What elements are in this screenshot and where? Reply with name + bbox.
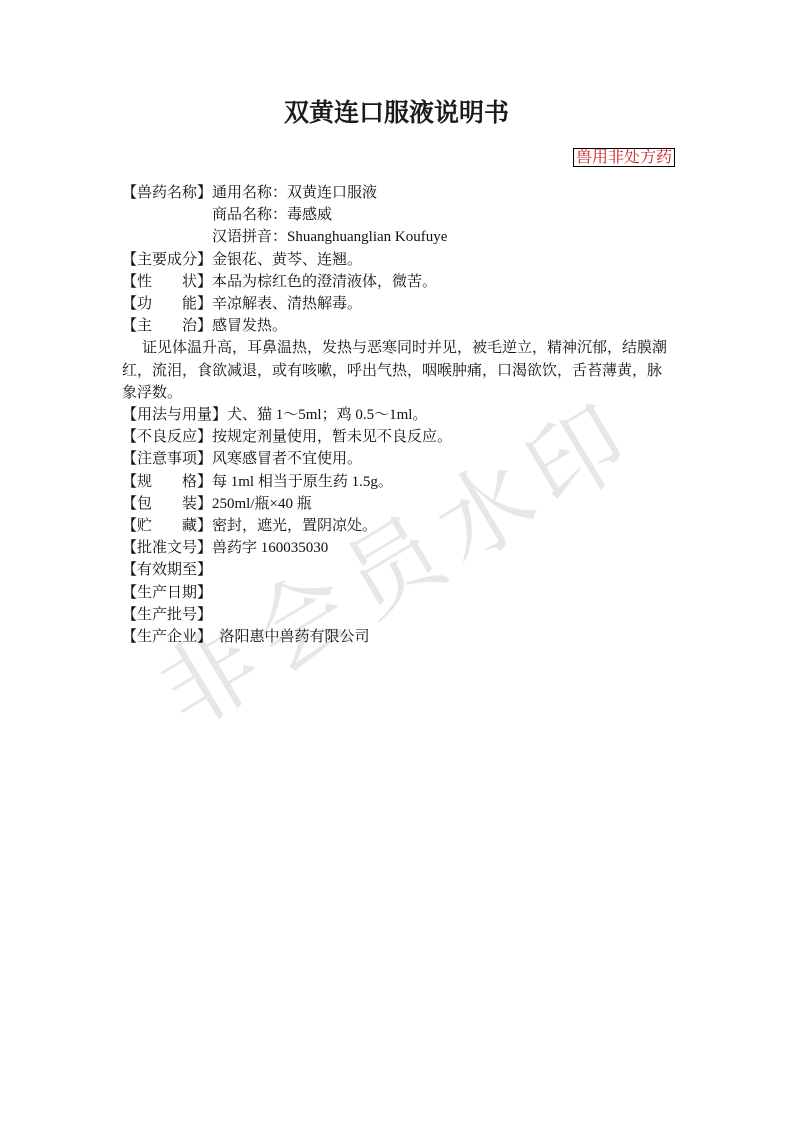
field-value: 密封，遮光，置阴凉处。 xyxy=(212,518,377,534)
page-title: 双黄连口服液说明书 xyxy=(0,0,793,129)
veterinary-otc-badge: 兽用非处方药 xyxy=(573,148,675,167)
field-label: 【功 能】 xyxy=(122,296,212,312)
field-value: 250ml/瓶×40 瓶 xyxy=(212,496,312,512)
field-label: 【规 格】 xyxy=(122,474,212,490)
row-packaging: 【包 装】250ml/瓶×40 瓶 xyxy=(122,493,675,515)
document-body: 双黄连口服液说明书 兽用非处方药 【兽药名称】通用名称：双黄连口服液 【兽药名称… xyxy=(0,0,793,648)
field-label: 【注意事项】 xyxy=(122,451,212,467)
row-indication: 【主 治】感冒发热。 xyxy=(122,315,675,337)
instruction-sheet-page: 非会员水印 双黄连口服液说明书 兽用非处方药 【兽药名称】通用名称：双黄连口服液… xyxy=(0,0,793,1122)
row-character: 【性 状】本品为棕红色的澄清液体，微苦。 xyxy=(122,271,675,293)
field-label: 【生产企业】 xyxy=(122,629,205,645)
field-label: 【主要成分】 xyxy=(122,252,212,268)
field-value: 兽药字 160035030 xyxy=(212,540,328,556)
row-batch-number: 【生产批号】 xyxy=(122,604,675,626)
field-label: 【有效期至】 xyxy=(122,562,212,578)
field-value: 感冒发热。 xyxy=(212,318,287,334)
row-manufacturer: 【生产企业】 洛阳惠中兽药有限公司 xyxy=(122,626,675,648)
otc-badge-row: 兽用非处方药 xyxy=(0,148,793,167)
field-label: 【生产日期】 xyxy=(122,585,212,601)
field-label: 【用法与用量】 xyxy=(122,407,227,423)
row-approval-number: 【批准文号】兽药字 160035030 xyxy=(122,537,675,559)
row-production-date: 【生产日期】 xyxy=(122,582,675,604)
field-value: 辛凉解表、清热解毒。 xyxy=(212,296,362,312)
field-label: 【兽药名称】 xyxy=(122,185,212,201)
row-function: 【功 能】辛凉解表、清热解毒。 xyxy=(122,293,675,315)
field-label: 【生产批号】 xyxy=(122,607,212,623)
row-adverse-reactions: 【不良反应】按规定剂量使用，暂未见不良反应。 xyxy=(122,426,675,448)
row-expiry-date: 【有效期至】 xyxy=(122,559,675,581)
field-label: 【包 装】 xyxy=(122,496,212,512)
field-label: 【主 治】 xyxy=(122,318,212,334)
field-value: 犬、猫 1～5ml；鸡 0.5～1ml。 xyxy=(227,407,427,423)
field-label: 【贮 藏】 xyxy=(122,518,212,534)
row-specification: 【规 格】每 1ml 相当于原生药 1.5g。 xyxy=(122,471,675,493)
row-ingredients: 【主要成分】金银花、黄芩、连翘。 xyxy=(122,249,675,271)
field-value: 商品名称：毒感威 xyxy=(212,207,332,223)
row-dosage: 【用法与用量】犬、猫 1～5ml；鸡 0.5～1ml。 xyxy=(122,404,675,426)
row-storage: 【贮 藏】密封，遮光，置阴凉处。 xyxy=(122,515,675,537)
field-label: 【不良反应】 xyxy=(122,429,212,445)
field-value: 汉语拼音：Shuanghuanglian Koufuye xyxy=(212,229,447,245)
row-pinyin: 【兽药名称】汉语拼音：Shuanghuanglian Koufuye xyxy=(122,226,675,248)
row-precautions: 【注意事项】风寒感冒者不宜使用。 xyxy=(122,448,675,470)
field-value: 风寒感冒者不宜使用。 xyxy=(212,451,362,467)
indication-detail-paragraph: 证见体温升高，耳鼻温热，发热与恶寒同时并见，被毛逆立，精神沉郁，结膜潮红，流泪，… xyxy=(122,337,673,404)
field-value: 洛阳惠中兽药有限公司 xyxy=(205,629,370,645)
row-trade-name: 【兽药名称】商品名称：毒感威 xyxy=(122,204,675,226)
spec-list: 【兽药名称】通用名称：双黄连口服液 【兽药名称】商品名称：毒感威 【兽药名称】汉… xyxy=(122,182,675,648)
field-value: 每 1ml 相当于原生药 1.5g。 xyxy=(212,474,393,490)
row-drug-name: 【兽药名称】通用名称：双黄连口服液 xyxy=(122,182,675,204)
field-value: 通用名称：双黄连口服液 xyxy=(212,185,377,201)
field-value: 金银花、黄芩、连翘。 xyxy=(212,252,362,268)
field-value: 本品为棕红色的澄清液体，微苦。 xyxy=(212,274,437,290)
field-label: 【批准文号】 xyxy=(122,540,212,556)
field-value: 按规定剂量使用，暂未见不良反应。 xyxy=(212,429,452,445)
field-label: 【性 状】 xyxy=(122,274,212,290)
